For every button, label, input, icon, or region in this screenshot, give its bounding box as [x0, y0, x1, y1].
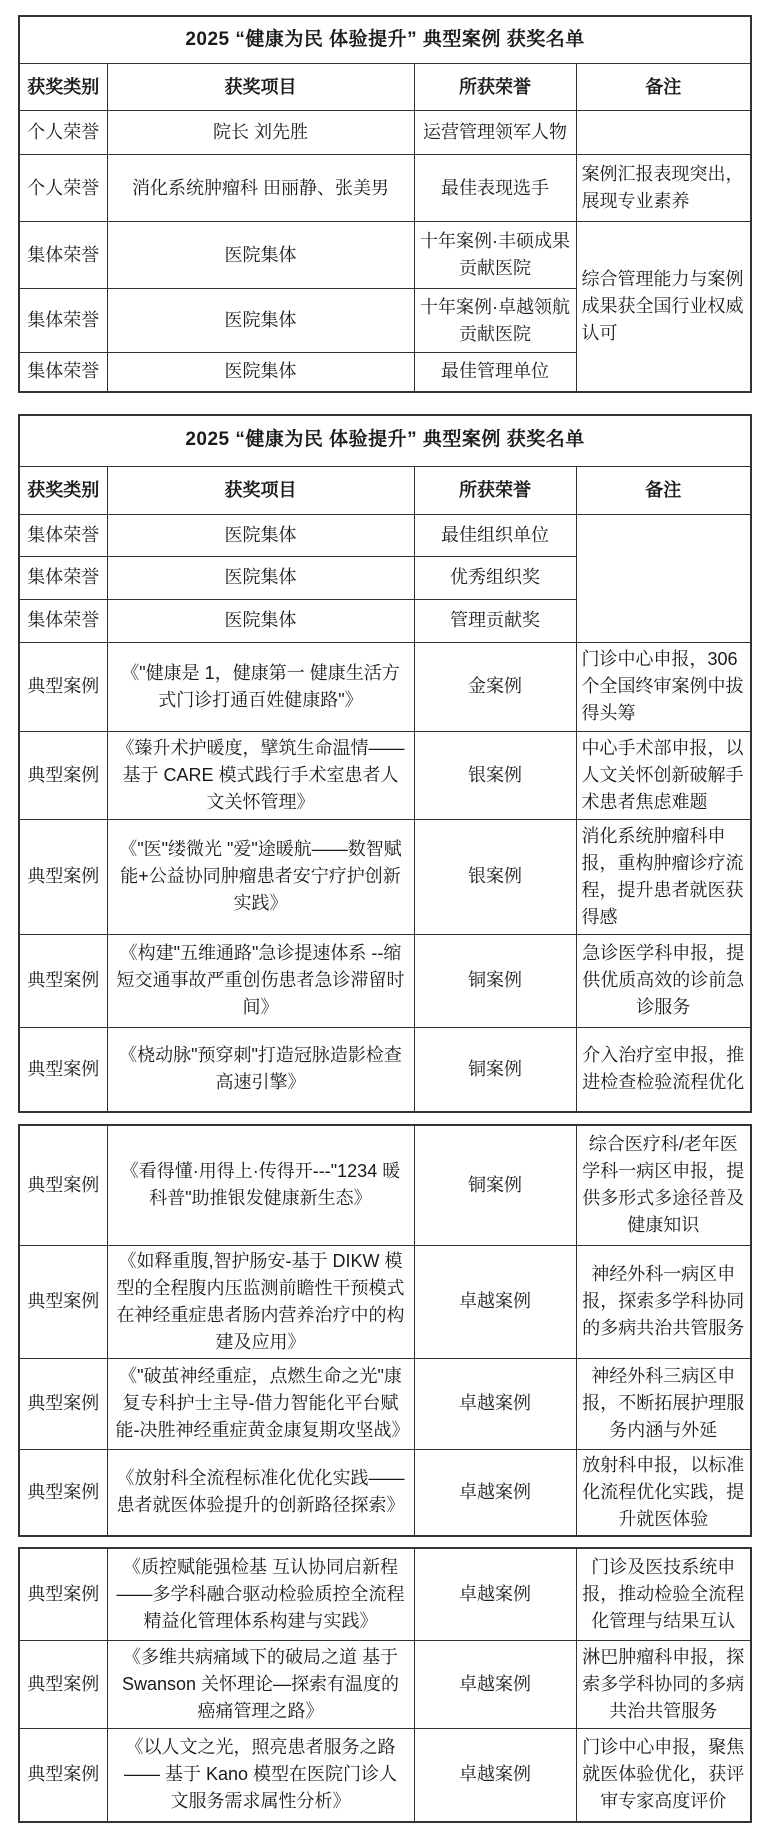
- cell-note: 综合管理能力与案例成果获全国行业权威认可: [576, 222, 751, 392]
- cell-project: 医院集体: [107, 353, 414, 392]
- cell-honor: 金案例: [414, 642, 576, 731]
- cell-note: 急诊医学科申报，提供优质高效的诊前急诊服务: [576, 934, 751, 1027]
- column-header: 获奖类别: [19, 64, 107, 111]
- cell-honor: 最佳组织单位: [414, 514, 576, 556]
- cell-project: 医院集体: [107, 599, 414, 642]
- cell-category: 典型案例: [19, 1641, 107, 1729]
- cell-category: 个人荣誉: [19, 155, 107, 222]
- awards-table-2: 2025 “健康为民 体验提升” 典型案例 获奖名单获奖类别获奖项目所获荣誉备注…: [18, 414, 752, 1114]
- cell-note: 介入治疗室申报，推进检查检验流程优化: [576, 1027, 751, 1112]
- cell-category: 集体荣誉: [19, 514, 107, 556]
- cell-note: 神经外科一病区申报，探索多学科协同的多病共治共管服务: [576, 1245, 751, 1358]
- table-row: 典型案例《"健康是 1，健康第一 健康生活方式门诊打通百姓健康路"》金案例门诊中…: [19, 642, 751, 731]
- cell-note: 门诊中心申报，聚焦就医体验优化，获评审专家高度评价: [576, 1729, 751, 1822]
- cell-project: 院长 刘先胜: [107, 111, 414, 155]
- awards-table-1: 2025 “健康为民 体验提升” 典型案例 获奖名单获奖类别获奖项目所获荣誉备注…: [18, 15, 752, 393]
- cell-project: 医院集体: [107, 222, 414, 289]
- cell-category: 典型案例: [19, 819, 107, 934]
- cell-category: 集体荣誉: [19, 556, 107, 599]
- table-row: 典型案例《看得懂·用得上·传得开---"1234 暖科普"助推银发健康新生态》铜…: [19, 1125, 751, 1245]
- table-row: 典型案例《以人文之光，照亮患者服务之路 —— 基于 Kano 模型在医院门诊人文…: [19, 1729, 751, 1822]
- cell-note: 放射科申报，以标准化流程优化实践，提升就医体验: [576, 1449, 751, 1536]
- cell-note: [576, 111, 751, 155]
- table-title: 2025 “健康为民 体验提升” 典型案例 获奖名单: [19, 16, 751, 64]
- cell-category: 集体荣誉: [19, 222, 107, 289]
- cell-project: 《桡动脉"预穿刺"打造冠脉造影检查高速引擎》: [107, 1027, 414, 1112]
- cell-category: 典型案例: [19, 1358, 107, 1449]
- cell-honor: 铜案例: [414, 1027, 576, 1112]
- table-row: 集体荣誉医院集体十年案例·丰硕成果贡献医院综合管理能力与案例成果获全国行业权威认…: [19, 222, 751, 289]
- cell-honor: 卓越案例: [414, 1641, 576, 1729]
- column-header: 获奖类别: [19, 466, 107, 514]
- cell-category: 典型案例: [19, 1548, 107, 1641]
- cell-honor: 十年案例·卓越领航贡献医院: [414, 289, 576, 353]
- cell-honor: 卓越案例: [414, 1245, 576, 1358]
- cell-category: 典型案例: [19, 1449, 107, 1536]
- cell-project: 《放射科全流程标准化优化实践——患者就医体验提升的创新路径探索》: [107, 1449, 414, 1536]
- cell-project: 《"医"缕微光 "爱"途暖航——数智赋能+公益协同肿瘤患者安宁疗护创新实践》: [107, 819, 414, 934]
- cell-project: 《多维共病痛域下的破局之道 基于 Swanson 关怀理论—探索有温度的癌痛管理…: [107, 1641, 414, 1729]
- cell-honor: 管理贡献奖: [414, 599, 576, 642]
- table-row: 典型案例《"医"缕微光 "爱"途暖航——数智赋能+公益协同肿瘤患者安宁疗护创新实…: [19, 819, 751, 934]
- cell-project: 《以人文之光，照亮患者服务之路 —— 基于 Kano 模型在医院门诊人文服务需求…: [107, 1729, 414, 1822]
- table-row: 典型案例《构建"五维通路"急诊提速体系 --缩短交通事故严重创伤患者急诊滞留时间…: [19, 934, 751, 1027]
- cell-project: 《如释重腹,智护肠安-基于 DIKW 模型的全程腹内压监测前瞻性干预模式在神经重…: [107, 1245, 414, 1358]
- cell-note: 消化系统肿瘤科申报，重构肿瘤诊疗流程，提升患者就医获得感: [576, 819, 751, 934]
- table-row: 典型案例《"破茧神经重症，点燃生命之光"康复专科护士主导-借力智能化平台赋能-决…: [19, 1358, 751, 1449]
- cell-note: 案例汇报表现突出，展现专业素养: [576, 155, 751, 222]
- table-title-row: 2025 “健康为民 体验提升” 典型案例 获奖名单: [19, 415, 751, 467]
- cell-project: 《构建"五维通路"急诊提速体系 --缩短交通事故严重创伤患者急诊滞留时间》: [107, 934, 414, 1027]
- cell-category: 典型案例: [19, 642, 107, 731]
- awards-table-3: 典型案例《看得懂·用得上·传得开---"1234 暖科普"助推银发健康新生态》铜…: [18, 1124, 752, 1537]
- cell-project: 《看得懂·用得上·传得开---"1234 暖科普"助推银发健康新生态》: [107, 1125, 414, 1245]
- cell-project: 《臻升术护暖度，擘筑生命温情——基于 CARE 模式践行手术室患者人文关怀管理》: [107, 731, 414, 819]
- column-header: 所获荣誉: [414, 64, 576, 111]
- table-gap: [18, 393, 750, 414]
- column-header: 备注: [576, 466, 751, 514]
- cell-note: 中心手术部申报，以人文关怀创新破解手术患者焦虑难题: [576, 731, 751, 819]
- cell-project: 《"健康是 1，健康第一 健康生活方式门诊打通百姓健康路"》: [107, 642, 414, 731]
- cell-category: 集体荣誉: [19, 289, 107, 353]
- table-gap: [18, 1113, 750, 1124]
- table-row: 典型案例《桡动脉"预穿刺"打造冠脉造影检查高速引擎》铜案例介入治疗室申报，推进检…: [19, 1027, 751, 1112]
- cell-category: 典型案例: [19, 731, 107, 819]
- cell-category: 集体荣誉: [19, 353, 107, 392]
- table-row: 个人荣誉院长 刘先胜运营管理领军人物: [19, 111, 751, 155]
- cell-note: 门诊中心申报，306个全国终审案例中拔得头筹: [576, 642, 751, 731]
- cell-note: [576, 514, 751, 642]
- header-row: 获奖类别获奖项目所获荣誉备注: [19, 64, 751, 111]
- column-header: 所获荣誉: [414, 466, 576, 514]
- column-header: 获奖项目: [107, 466, 414, 514]
- cell-category: 集体荣誉: [19, 599, 107, 642]
- cell-honor: 最佳表现选手: [414, 155, 576, 222]
- cell-honor: 优秀组织奖: [414, 556, 576, 599]
- header-row: 获奖类别获奖项目所获荣誉备注: [19, 466, 751, 514]
- table-row: 典型案例《臻升术护暖度，擘筑生命温情——基于 CARE 模式践行手术室患者人文关…: [19, 731, 751, 819]
- document-page: 2025 “健康为民 体验提升” 典型案例 获奖名单获奖类别获奖项目所获荣誉备注…: [0, 0, 764, 1837]
- cell-project: 医院集体: [107, 289, 414, 353]
- cell-category: 典型案例: [19, 1125, 107, 1245]
- cell-honor: 十年案例·丰硕成果贡献医院: [414, 222, 576, 289]
- awards-table-4: 典型案例《质控赋能强检基 互认协同启新程——多学科融合驱动检验质控全流程精益化管…: [18, 1547, 752, 1823]
- column-header: 获奖项目: [107, 64, 414, 111]
- cell-honor: 最佳管理单位: [414, 353, 576, 392]
- cell-category: 典型案例: [19, 1729, 107, 1822]
- cell-category: 典型案例: [19, 934, 107, 1027]
- cell-note: 淋巴肿瘤科申报，探索多学科协同的多病共治共管服务: [576, 1641, 751, 1729]
- cell-honor: 铜案例: [414, 934, 576, 1027]
- cell-project: 《"破茧神经重症，点燃生命之光"康复专科护士主导-借力智能化平台赋能-决胜神经重…: [107, 1358, 414, 1449]
- cell-category: 典型案例: [19, 1027, 107, 1112]
- table-row: 集体荣誉医院集体最佳组织单位: [19, 514, 751, 556]
- table-row: 典型案例《放射科全流程标准化优化实践——患者就医体验提升的创新路径探索》卓越案例…: [19, 1449, 751, 1536]
- cell-note: 综合医疗科/老年医学科一病区申报，提供多形式多途径普及健康知识: [576, 1125, 751, 1245]
- cell-honor: 卓越案例: [414, 1449, 576, 1536]
- column-header: 备注: [576, 64, 751, 111]
- cell-honor: 铜案例: [414, 1125, 576, 1245]
- cell-project: 《质控赋能强检基 互认协同启新程——多学科融合驱动检验质控全流程精益化管理体系构…: [107, 1548, 414, 1641]
- cell-honor: 卓越案例: [414, 1358, 576, 1449]
- cell-note: 神经外科三病区申报，不断拓展护理服务内涵与外延: [576, 1358, 751, 1449]
- cell-honor: 银案例: [414, 819, 576, 934]
- table-row: 典型案例《质控赋能强检基 互认协同启新程——多学科融合驱动检验质控全流程精益化管…: [19, 1548, 751, 1641]
- cell-category: 个人荣誉: [19, 111, 107, 155]
- cell-honor: 运营管理领军人物: [414, 111, 576, 155]
- table-title: 2025 “健康为民 体验提升” 典型案例 获奖名单: [19, 415, 751, 467]
- table-gap: [18, 1537, 750, 1547]
- table-row: 典型案例《多维共病痛域下的破局之道 基于 Swanson 关怀理论—探索有温度的…: [19, 1641, 751, 1729]
- table-row: 个人荣誉消化系统肿瘤科 田丽静、张美男最佳表现选手案例汇报表现突出，展现专业素养: [19, 155, 751, 222]
- cell-project: 医院集体: [107, 556, 414, 599]
- cell-honor: 卓越案例: [414, 1548, 576, 1641]
- cell-honor: 卓越案例: [414, 1729, 576, 1822]
- table-title-row: 2025 “健康为民 体验提升” 典型案例 获奖名单: [19, 16, 751, 64]
- cell-note: 门诊及医技系统申报，推动检验全流程化管理与结果互认: [576, 1548, 751, 1641]
- cell-project: 医院集体: [107, 514, 414, 556]
- table-row: 典型案例《如释重腹,智护肠安-基于 DIKW 模型的全程腹内压监测前瞻性干预模式…: [19, 1245, 751, 1358]
- cell-honor: 银案例: [414, 731, 576, 819]
- cell-project: 消化系统肿瘤科 田丽静、张美男: [107, 155, 414, 222]
- cell-category: 典型案例: [19, 1245, 107, 1358]
